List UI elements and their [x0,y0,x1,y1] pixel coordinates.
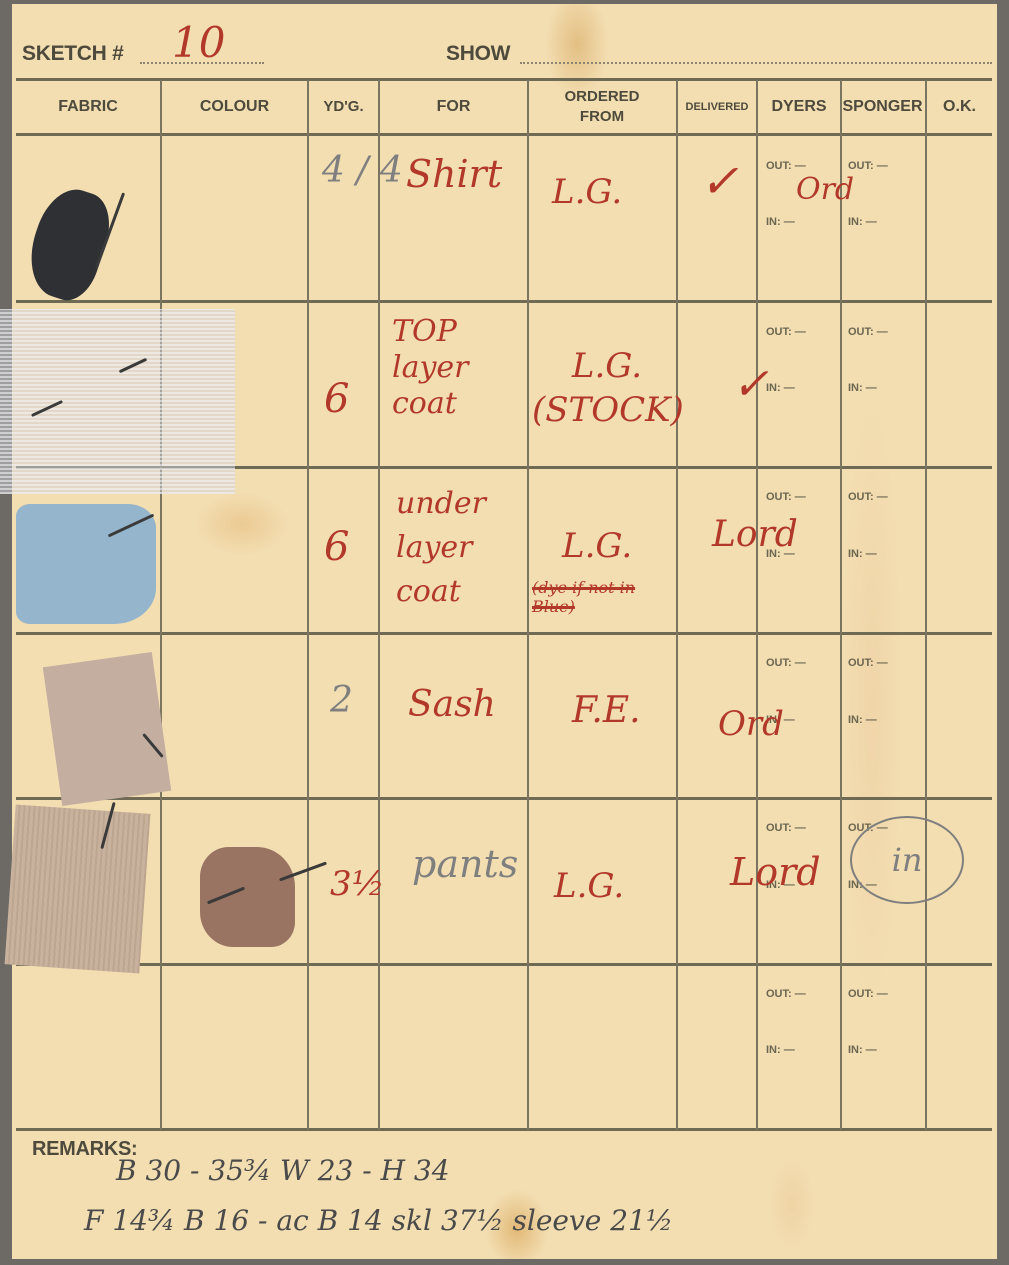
sponger-out-label: OUT: — [848,326,888,338]
col-divider [160,80,162,1130]
row5-ordered-from[interactable]: L.G. [554,866,624,906]
row2-for[interactable]: TOP layer coat [392,314,522,422]
row5-for[interactable]: pants [412,842,518,886]
dyers-in-label: IN: — [766,1044,795,1056]
row2-delivered-check-icon[interactable]: ✓ [732,359,769,410]
fabric-swatch-beige [43,652,171,806]
col-header-for: FOR [380,82,527,132]
col-divider [527,80,529,1130]
col-divider [307,80,309,1130]
remarks-line-2[interactable]: F 14¾ B 16 - ac B 14 skl 37½ sleeve 21½ [84,1204,673,1237]
row3-ordered-from-struck: (dye if not in Blue) [532,578,682,616]
col-header-delivered: DELIVERED [678,82,756,132]
dyers-out-label: OUT: — [766,491,806,503]
row3-ordered-from[interactable]: L.G. [562,526,632,566]
sponger-in-label: IN: — [848,382,877,394]
row5-delivered[interactable]: Lord [730,850,821,894]
col-header-dyers: DYERS [758,82,840,132]
sponger-out-label: OUT: — [848,988,888,1000]
row3-yardage[interactable]: 6 [324,524,349,570]
dyers-out-label: OUT: — [766,160,806,172]
sponger-in-label: IN: — [848,714,877,726]
row1-yardage[interactable]: 4 / 4 [322,144,403,198]
row4-for[interactable]: Sash [408,684,496,725]
dyers-out-label: OUT: — [766,822,806,834]
dyers-out-label: OUT: — [766,988,806,1000]
sponger-out-label: OUT: — [848,657,888,669]
sketch-number[interactable]: 10 [172,18,225,67]
rule-header-bottom [16,133,992,136]
sketch-label: SKETCH # [22,42,123,66]
col-header-fabric: FABRIC [16,82,160,132]
dyers-out-label: OUT: — [766,326,806,338]
rule-row-4 [16,797,992,800]
fabric-order-card: SKETCH # 10 SHOW FABRIC COLOUR YD'G. FOR… [12,4,997,1259]
fabric-swatch-tan-canvas [5,804,151,973]
row5-yardage[interactable]: 3½ [330,864,385,904]
fabric-swatch-white-mesh [0,309,235,494]
col-divider [378,80,380,1130]
row4-ordered-from[interactable]: F.E. [572,690,641,731]
row4-yardage[interactable]: 2 [330,680,353,721]
row1-delivered-check-icon[interactable]: ✓ [700,154,739,208]
col-divider [840,80,842,1130]
colour-swatch-brown [200,847,295,947]
sponger-in-label: IN: — [848,1044,877,1056]
dyers-in-label: IN: — [766,382,795,394]
rule-row-5 [16,963,992,966]
sponger-in-label: IN: — [848,548,877,560]
col-header-yardage: YD'G. [309,82,378,132]
row4-delivered[interactable]: Ord [718,704,784,744]
row2-ordered-from[interactable]: L.G. (STOCK) [532,344,682,432]
col-header-ordered-from: ORDERED FROM [552,82,652,132]
row3-delivered[interactable]: Lord [712,514,798,555]
col-header-ok: O.K. [927,82,992,132]
row1-for[interactable]: Shirt [406,152,502,196]
rule-row-1 [16,300,992,303]
row2-yardage[interactable]: 6 [324,376,349,422]
row5-sponger-note-circled[interactable]: in [850,816,964,904]
col-header-sponger: SPONGER [840,82,925,132]
show-field-line[interactable] [520,62,992,64]
sponger-out-label: OUT: — [848,160,888,172]
row1-ordered-from[interactable]: L.G. [552,172,622,212]
row3-for[interactable]: under layer coat [396,482,521,614]
row1-dyers-note[interactable]: Ord [796,172,854,207]
sponger-out-label: OUT: — [848,491,888,503]
rule-row-3 [16,632,992,635]
rule-table-bottom [16,1128,992,1131]
remarks-line-1[interactable]: B 30 - 35¾ W 23 - H 34 [116,1154,450,1187]
show-label: SHOW [446,42,510,66]
col-divider [925,80,927,1130]
dyers-out-label: OUT: — [766,657,806,669]
rule-top [16,78,992,81]
dyers-in-label: IN: — [766,216,795,228]
col-divider [756,80,758,1130]
sponger-in-label: IN: — [848,216,877,228]
col-header-colour: COLOUR [162,82,307,132]
